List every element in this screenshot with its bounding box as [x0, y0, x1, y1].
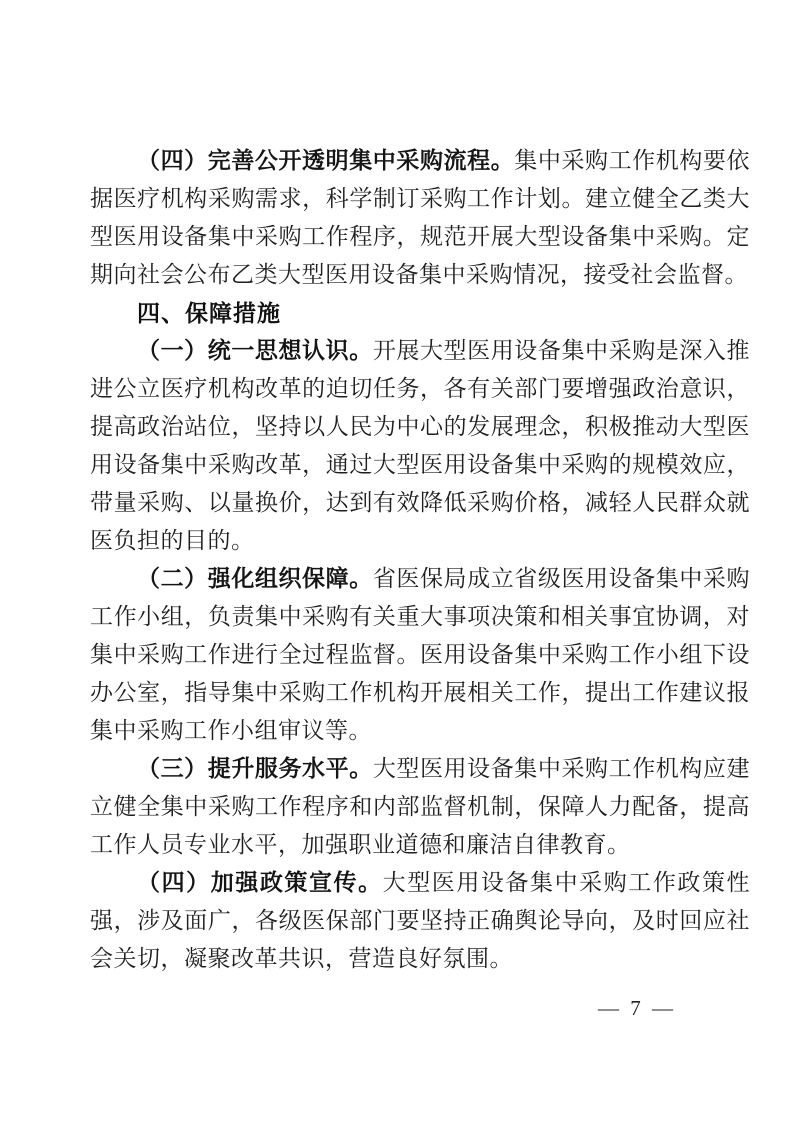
paragraph-lead: （四）完善公开透明集中采购流程。 — [137, 148, 514, 173]
paragraph-lead: （三）提升服务水平。 — [137, 756, 373, 781]
paragraph-lead: （四）加强政策宣传。 — [137, 870, 383, 895]
paragraph-complete-transparent-procurement: （四）完善公开透明集中采购流程。集中采购工作机构要依据医疗机构采购需求，科学制订… — [90, 142, 750, 294]
paragraph-text: 省医保局成立省级医用设备集中采购工作小组，负责集中采购有关重大事项决策和相关事宜… — [90, 566, 750, 743]
paragraph-strengthen-organization: （二）强化组织保障。省医保局成立省级医用设备集中采购工作小组，负责集中采购有关重… — [90, 560, 750, 750]
paragraph-lead: （二）强化组织保障。 — [137, 566, 373, 591]
paragraph-improve-service: （三）提升服务水平。大型医用设备集中采购工作机构应建立健全集中采购工作程序和内部… — [90, 750, 750, 864]
section-heading-safeguard-measures: 四、保障措施 — [90, 294, 750, 332]
page-number: — 7 — — [598, 996, 676, 1020]
document-page: （四）完善公开透明集中采购流程。集中采购工作机构要依据医疗机构采购需求，科学制订… — [0, 0, 793, 1122]
document-body: （四）完善公开透明集中采购流程。集中采购工作机构要依据医疗机构采购需求，科学制订… — [90, 142, 750, 978]
paragraph-policy-publicity: （四）加强政策宣传。大型医用设备集中采购工作政策性强，涉及面广，各级医保部门要坚… — [90, 864, 750, 978]
paragraph-text: 开展大型医用设备集中采购是深入推进公立医疗机构改革的迫切任务，各有关部门要增强政… — [90, 338, 750, 553]
paragraph-lead: （一）统一思想认识。 — [137, 338, 373, 363]
paragraph-unify-thinking: （一）统一思想认识。开展大型医用设备集中采购是深入推进公立医疗机构改革的迫切任务… — [90, 332, 750, 560]
